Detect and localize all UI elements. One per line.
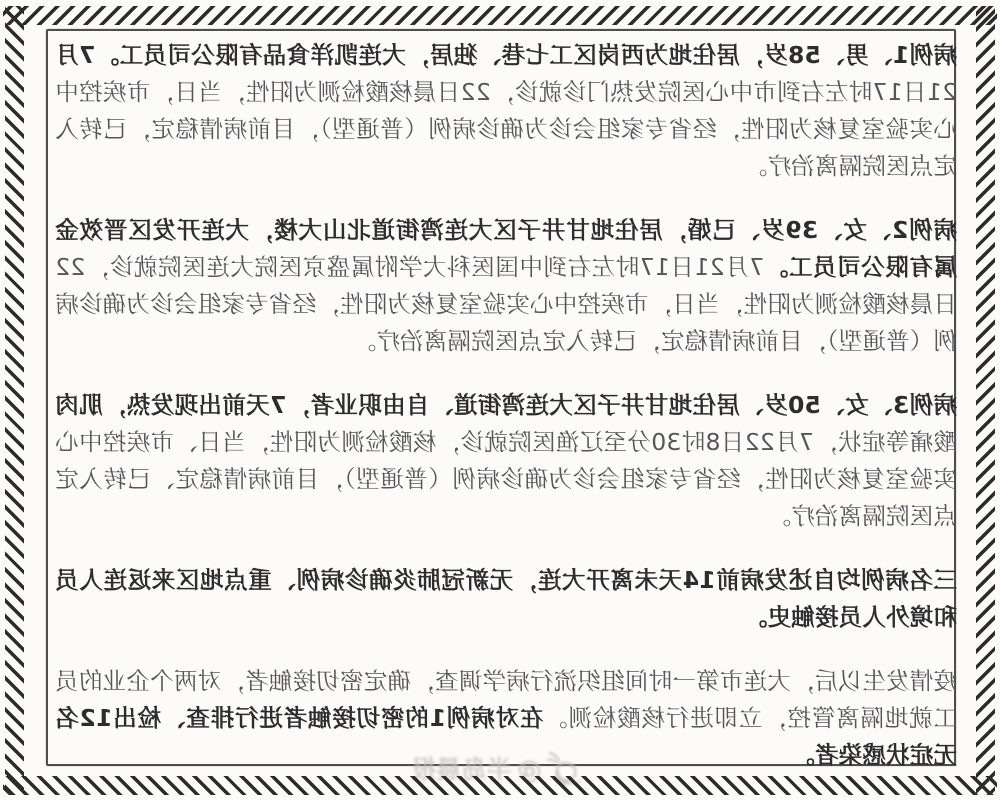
- frame-hatch-bottom: [3, 776, 997, 795]
- frame-hatch-top: [3, 6, 997, 25]
- frame-hatch-left: [5, 6, 24, 795]
- case-1-body: 21日17时左右到市中心医院发热门诊就诊，22日晨核酸检测为阳性，当日，市疾控中…: [55, 78, 957, 180]
- case-1-lead: 病例1、男、58岁，居住地为西岗区工七巷、独居，大连凯洋食品有限公司员工。7月: [55, 41, 957, 69]
- summary-text: 三名病例均自述发病前14天未离开大连，无新冠肺炎确诊病例、重点地区来返连人员和境…: [55, 566, 957, 631]
- case-paragraph-1: 病例1、男、58岁，居住地为西岗区工七巷、独居，大连凯洋食品有限公司员工。7月2…: [55, 37, 957, 185]
- summary-paragraph: 三名病例均自述发病前14天未离开大连，无新冠肺炎确诊病例、重点地区来返连人员和境…: [55, 562, 957, 636]
- frame-hatch-right: [976, 6, 995, 795]
- case-3-body: 酸痛等症状，7月22日8时30分至辽渔医院就诊，核酸检测为阳性，当日、市疾控中心…: [55, 428, 957, 530]
- case-paragraph-2: 病例2、女、39岁、已婚，居住地甘井子区大连湾街道北山大楼，大连开发区晋效金属有…: [55, 212, 957, 360]
- article-photo-page: 病例1、男、58岁，居住地为西岗区工七巷、独居，大连凯洋食品有限公司员工。7月2…: [0, 0, 1000, 800]
- article-content: 病例1、男、58岁，居住地为西岗区工七巷、独居，大连凯洋食品有限公司员工。7月2…: [55, 37, 957, 800]
- case-3-lead: 病例3、女、50岁、居住地甘井子区大连湾街道、自由职业者，7天前出现发热，肌肉: [55, 391, 957, 419]
- case-paragraph-3: 病例3、女、50岁、居住地甘井子区大连湾街道、自由职业者，7天前出现发热，肌肉酸…: [55, 387, 957, 535]
